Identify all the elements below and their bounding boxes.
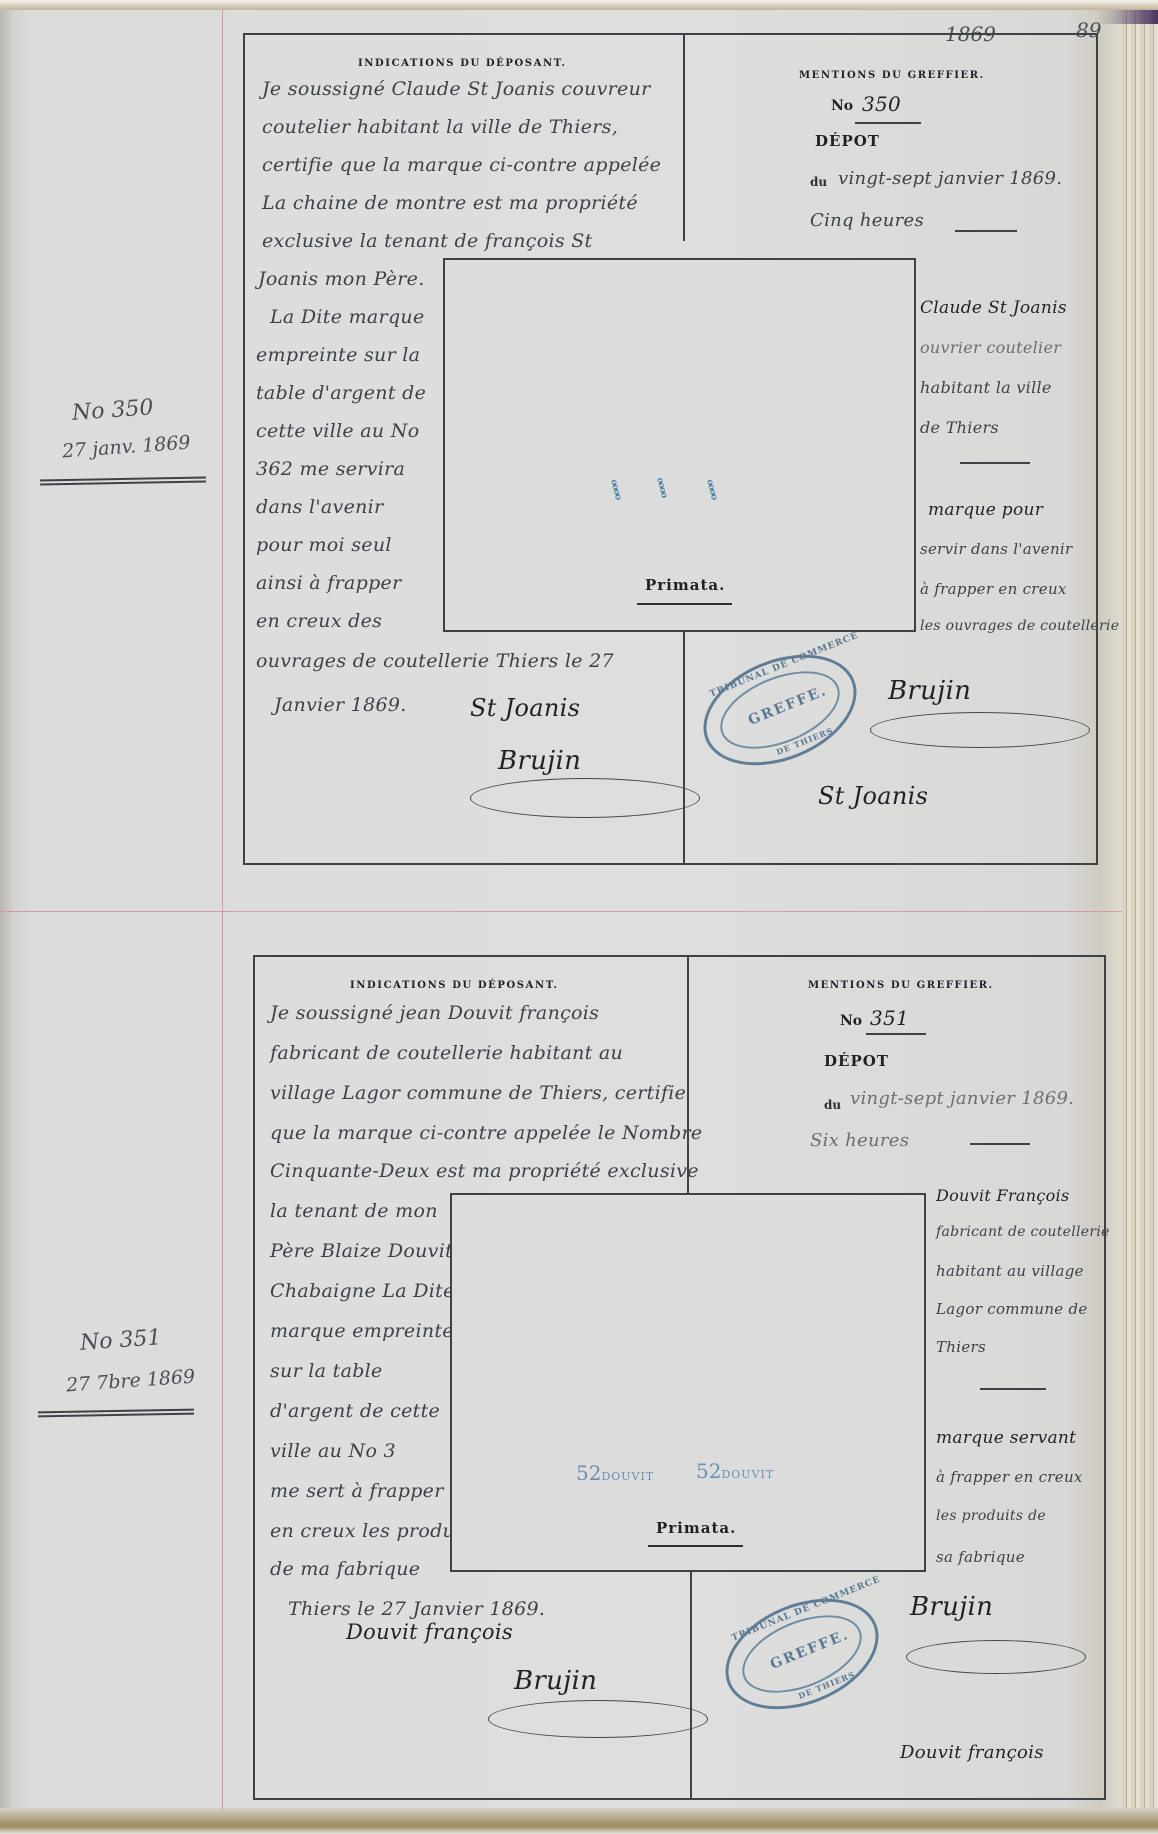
page-top-edge [0, 0, 1158, 10]
column-divider-top [683, 33, 685, 241]
depositor-header: INDICATIONS DU DÉPOSANT. [358, 58, 567, 69]
declaration-line: certifie que la marque ci-contre appelée [262, 154, 661, 176]
du-label: du [810, 175, 827, 189]
declaration-line: La chaine de montre est ma propriété [262, 192, 638, 214]
declaration-line: Thiers le 27 Janvier 1869. [288, 1598, 545, 1620]
clerk-note-rule [980, 1388, 1046, 1390]
number-value: 351 [870, 1006, 909, 1030]
signature-flourish [870, 712, 1090, 748]
depositor-signature: Douvit françois [346, 1620, 513, 1644]
number-value: 350 [862, 92, 901, 116]
page-bottom-edge [0, 1808, 1158, 1834]
depot-label: DÉPOT [815, 132, 880, 150]
clerk-note: sa fabrique [936, 1548, 1025, 1566]
clerk-note: Douvit François [936, 1186, 1069, 1205]
clerk-header: MENTIONS DU GREFFIER. [799, 70, 985, 81]
depot-time: Six heures [810, 1130, 909, 1151]
clerk-note: servir dans l'avenir [920, 540, 1072, 558]
margin-date-ref: 27 7bre 1869 [65, 1366, 195, 1397]
margin-number-ref: No 351 [79, 1325, 162, 1356]
depot-time: Cinq heures [810, 210, 924, 231]
declaration-line: Janvier 1869. [274, 694, 407, 716]
clerk-note: habitant la ville [920, 378, 1052, 397]
declaration-line: la tenant de mon [270, 1200, 438, 1222]
declaration-line: d'argent de cette [270, 1400, 440, 1422]
declaration-line: ainsi à frapper [256, 572, 401, 594]
declaration-line: marque empreinte [270, 1320, 454, 1342]
margin-double-rule [38, 1409, 194, 1418]
declaration-line: Chabaigne La Dite [270, 1280, 455, 1302]
clerk-note: fabricant de coutellerie [936, 1224, 1110, 1240]
declaration-line: me sert à frapper [270, 1480, 444, 1502]
clerk-note: les ouvrages de coutellerie [920, 618, 1119, 634]
clerk-note: Thiers [936, 1338, 986, 1356]
right-signature: Douvit françois [900, 1742, 1044, 1763]
clerk-note: les produits de [936, 1508, 1046, 1524]
caption-rule [648, 1545, 743, 1547]
declaration-line: exclusive la tenant de françois St [262, 230, 592, 252]
caption-rule [637, 603, 732, 605]
signature-flourish [906, 1640, 1086, 1674]
brand-mark-52-douvit: 52DOUVIT [696, 1459, 774, 1483]
declaration-line: ouvrages de coutellerie Thiers le 27 [256, 650, 614, 672]
declaration-line: pour moi seul [256, 534, 392, 556]
declaration-line: fabricant de coutellerie habitant au [270, 1042, 623, 1064]
time-rule [955, 230, 1017, 232]
ledger-page: 1869 89 No 350 27 janv. 1869 INDICATIONS… [0, 0, 1158, 1834]
number-rule [866, 1033, 926, 1035]
clerk-note: à frapper en creux [920, 580, 1067, 598]
clerk-signature: Brujin [498, 746, 581, 776]
clerk-note: à frapper en creux [936, 1468, 1083, 1486]
declaration-line: village Lagor commune de Thiers, certifi… [270, 1082, 686, 1104]
declaration-line: que la marque ci-contre appelée le Nombr… [270, 1122, 702, 1144]
chain-mark-icon: oooo [609, 479, 621, 500]
margin-date-ref: 27 janv. 1869 [61, 432, 191, 463]
right-signature: St Joanis [818, 782, 928, 810]
number-rule [855, 122, 921, 124]
mark-caption: Primata. [656, 1519, 736, 1537]
clerk-note: Lagor commune de [936, 1300, 1088, 1318]
depositor-signature: St Joanis [470, 694, 580, 722]
declaration-line: cette ville au No [256, 420, 419, 442]
clerk-signature-right: Brujin [888, 676, 971, 706]
signature-flourish [470, 778, 700, 818]
declaration-line: de ma fabrique [270, 1558, 420, 1580]
margin-line-horizontal [0, 911, 1122, 912]
clerk-signature: Brujin [514, 1666, 597, 1696]
declaration-line: en creux des [256, 610, 382, 632]
declaration-line: Père Blaize Douvit [270, 1240, 453, 1262]
chain-mark-icon: oooo [655, 477, 667, 498]
mark-box: oooo oooo oooo Primata. [443, 258, 916, 632]
column-divider-bottom [690, 1572, 692, 1800]
brand-mark-52-douvit: 52DOUVIT [576, 1461, 654, 1485]
column-divider-bottom [683, 632, 685, 865]
number-label: No [840, 1013, 862, 1029]
clerk-note: marque servant [936, 1428, 1076, 1448]
chain-mark-icon: oooo [705, 479, 717, 500]
margin-line-vertical [222, 10, 223, 1810]
declaration-line: 362 me servira [256, 458, 405, 480]
depot-label: DÉPOT [824, 1052, 889, 1070]
du-label: du [824, 1098, 841, 1112]
declaration-line: ville au No 3 [270, 1440, 396, 1462]
declaration-line: Cinquante-Deux est ma propriété exclusiv… [270, 1160, 699, 1182]
declaration-line: en creux les produits [270, 1520, 479, 1542]
column-divider-top [687, 955, 689, 1193]
clerk-note-rule [960, 462, 1030, 464]
binding-corner [1098, 10, 1158, 24]
declaration-line: empreinte sur la [256, 344, 420, 366]
depot-date: vingt-sept janvier 1869. [838, 168, 1062, 189]
mark-box: 52DOUVIT 52DOUVIT Primata. [450, 1193, 926, 1572]
depositor-header: INDICATIONS DU DÉPOSANT. [350, 980, 559, 991]
clerk-note: ouvrier coutelier [920, 338, 1061, 357]
declaration-line: dans l'avenir [256, 496, 383, 518]
declaration-line: table d'argent de [256, 382, 426, 404]
mark-caption: Primata. [645, 576, 725, 594]
clerk-note: de Thiers [920, 418, 999, 437]
margin-number-ref: No 350 [71, 395, 154, 426]
declaration-line: Je soussigné jean Douvit françois [270, 1002, 599, 1024]
margin-double-rule [40, 477, 206, 486]
clerk-note: marque pour [928, 500, 1043, 520]
page-stack-edge [1122, 10, 1158, 1810]
clerk-signature-right: Brujin [910, 1592, 993, 1622]
declaration-line: sur la table [270, 1360, 383, 1382]
signature-flourish [488, 1700, 708, 1738]
depot-date: vingt-sept janvier 1869. [850, 1088, 1074, 1109]
clerk-header: MENTIONS DU GREFFIER. [808, 980, 994, 991]
declaration-line: Je soussigné Claude St Joanis couvreur [262, 78, 651, 100]
declaration-line: Joanis mon Père. [258, 268, 425, 290]
declaration-line: coutelier habitant la ville de Thiers, [262, 116, 618, 138]
declaration-line: La Dite marque [270, 306, 424, 328]
clerk-note: habitant au village [936, 1262, 1084, 1280]
clerk-note: Claude St Joanis [920, 298, 1067, 318]
number-label: No [831, 98, 853, 114]
time-rule [970, 1143, 1030, 1145]
